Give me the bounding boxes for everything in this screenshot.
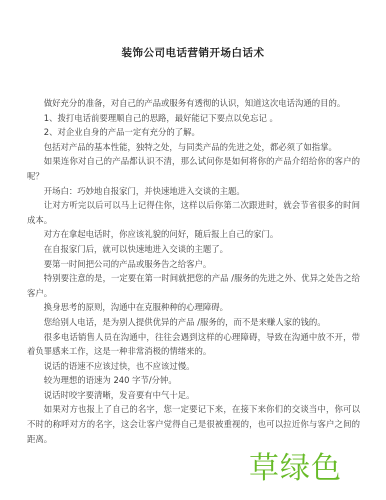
paragraph: 要第一时间把公司的产品或服务告之给客户。 [27,257,360,272]
paragraph: 较为理想的语速为 240 字节/分钟。 [27,373,360,388]
paragraph: 1、拨打电话前要理顺自己的思路，最好能记下要点以免忘记 。 [27,111,360,126]
document-title: 装饰公司电话营销开场白话术 [0,0,386,60]
paragraph: 让对方听完以后可以马上记得住你，这样以后你第二次跟进时，就会节省很多的时间成本。 [27,198,360,227]
paragraph: 说话的语速不应该过快，也不应该过慢。 [27,359,360,374]
paragraph: 在自报家门后，就可以快速地进入交谈的主题了。 [27,242,360,257]
paragraph: 如果对方也报上了自己的名字，您一定要记下来，在接下来你们的交谈当中，你可以不时的… [27,402,360,446]
document-page: 装饰公司电话营销开场白话术 做好充分的准备，对自己的产品或服务有透彻的认识，知道… [0,0,386,500]
document-body: 做好充分的准备，对自己的产品或服务有透彻的认识，知道这次电话沟通的目的。1、拨打… [27,96,360,446]
paragraph: 很多电话销售人员在沟通中，往往会遇到这样的心理障碍，导致在沟通中放不开，带着负罪… [27,330,360,359]
paragraph: 特别要注意的是，一定要在第一时间就把您的产品 /服务的先进之外、优异之处告之给客… [27,271,360,300]
paragraph: 做好充分的准备，对自己的产品或服务有透彻的认识，知道这次电话沟通的目的。 [27,96,360,111]
watermark-text: 草绿色 [249,454,342,484]
paragraph: 如果连你对自己的产品都认识不清，那么试问你是如何将你的产品介绍给你的客户的呢？ [27,154,360,183]
paragraph: 换身思考的原则，沟通中在克服种种的心理障碍。 [27,300,360,315]
paragraph: 对方在拿起电话时，你应该礼貌的问好，随后报上自己的家门。 [27,227,360,242]
paragraph: 您给别人电话，是为别人提供优异的产品 /服务的，而不是来赚人家的钱的。 [27,315,360,330]
paragraph: 包括对产品的基本性能，独特之处，与同类产品的先进之处，都必须了如指掌。 [27,140,360,155]
paragraph: 开场白：巧妙地自报家门，并快速地进入交谈的主题。 [27,184,360,199]
paragraph: 说话时咬字要清晰，发音要有中气十足。 [27,388,360,403]
paragraph: 2、对企业自身的产品一定有充分的了解。 [27,125,360,140]
